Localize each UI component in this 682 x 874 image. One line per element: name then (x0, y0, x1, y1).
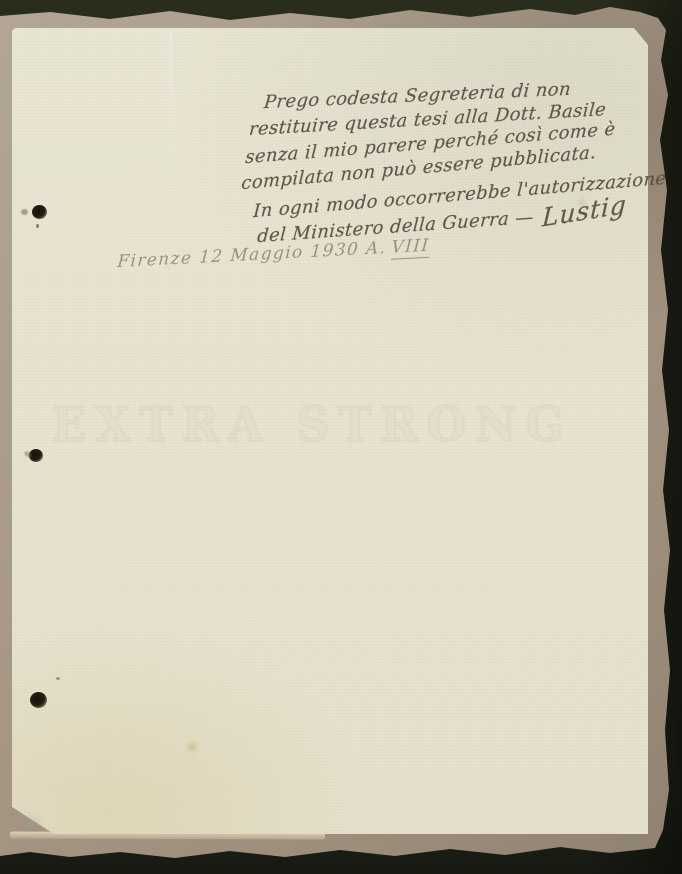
ink-smudge (21, 209, 28, 215)
fascist-era-numeral: VIII (391, 236, 431, 260)
paper-watermark: EXTRA STRONG (52, 396, 552, 452)
age-stain (20, 812, 46, 830)
punch-hole (32, 205, 47, 219)
age-stain (184, 740, 200, 754)
paper-crease (169, 29, 172, 247)
ink-smudge (36, 224, 39, 228)
scanned-page: EXTRA STRONG Prego codesta Segreteria di… (0, 0, 682, 874)
punch-hole (30, 692, 47, 708)
ink-smudge (56, 677, 60, 680)
